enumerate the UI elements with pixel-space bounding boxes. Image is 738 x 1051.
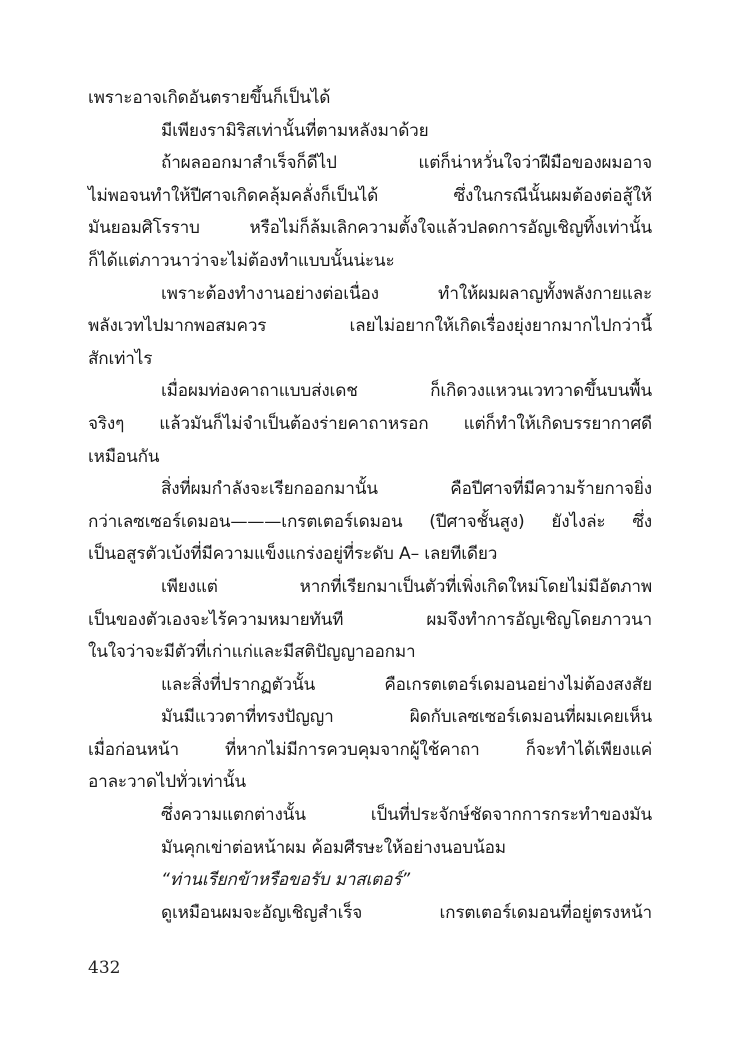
text-line: ไม่พอจนทำให้ปีศาจเกิดคลุ้มคลั่งก็เป็นได้… (88, 180, 652, 213)
dialogue-line: “ท่านเรียกข้าหรือขอรับ มาสเตอร์” (88, 864, 652, 897)
text-line: เหมือนกัน (88, 441, 652, 474)
text-line: มันมีแววตาที่ทรงปัญญา ผิดกับเลซเซอร์เดมอ… (88, 701, 652, 734)
text-line: อาละวาดไปทั่วเท่านั้น (88, 766, 652, 799)
text-line: เป็นของตัวเองจะไร้ความหมายทันที ผมจึงทำก… (88, 604, 652, 637)
text-line: เมื่อผมท่องคาถาแบบส่งเดช ก็เกิดวงแหวนเวท… (88, 375, 652, 408)
text-line: ในใจว่าจะมีตัวที่เก่าแก่และมีสติปัญญาออก… (88, 636, 652, 669)
text-line: สักเท่าไร (88, 343, 652, 376)
text-line: ซึ่งความแตกต่างนั้น เป็นที่ประจักษ์ชัดจา… (88, 799, 652, 832)
text-line: มีเพียงรามิริสเท่านั้นที่ตามหลังมาด้วย (88, 115, 652, 148)
text-line: สิ่งที่ผมกำลังจะเรียกออกมานั้น คือปีศาจท… (88, 473, 652, 506)
page-number: 432 (88, 958, 120, 978)
text-line: เมื่อก่อนหน้า ที่หากไม่มีการควบคุมจากผู้… (88, 734, 652, 767)
text-line: มันคุกเข่าต่อหน้าผม ค้อมศีรษะให้อย่างนอบ… (88, 832, 652, 865)
text-line: กว่าเลซเซอร์เดมอน———เกรตเตอร์เดมอน (ปีศา… (88, 506, 652, 539)
text-line: เพราะต้องทำงานอย่างต่อเนื่อง ทำให้ผมผลาญ… (88, 278, 652, 311)
text-line: เพราะอาจเกิดอันตรายขึ้นก็เป็นได้ (88, 82, 652, 115)
text-line: ถ้าผลออกมาสำเร็จก็ดีไป แต่ก็น่าหวั่นใจว่… (88, 147, 652, 180)
text-line: ก็ได้แต่ภาวนาว่าจะไม่ต้องทำแบบนั้นน่ะนะ (88, 245, 652, 278)
text-line: และสิ่งที่ปรากฏตัวนั้น คือเกรตเตอร์เดมอน… (88, 669, 652, 702)
text-line: จริงๆ แล้วมันก็ไม่จำเป็นต้องร่ายคาถาหรอก… (88, 408, 652, 441)
page-body: เพราะอาจเกิดอันตรายขึ้นก็เป็นได้ มีเพียง… (88, 82, 652, 929)
text-line: เพียงแต่ หากที่เรียกมาเป็นตัวที่เพิ่งเกิ… (88, 571, 652, 604)
text-line: ดูเหมือนผมจะอัญเชิญสำเร็จ เกรตเตอร์เดมอน… (88, 897, 652, 930)
text-line: เป็นอสูรตัวเบ้งที่มีความแข็งแกร่งอยู่ที่… (88, 538, 652, 571)
text-line: พลังเวทไปมากพอสมควร เลยไม่อยากให้เกิดเรื… (88, 310, 652, 343)
text-line: มันยอมศิโรราบ หรือไม่ก็ล้มเลิกความตั้งใจ… (88, 212, 652, 245)
